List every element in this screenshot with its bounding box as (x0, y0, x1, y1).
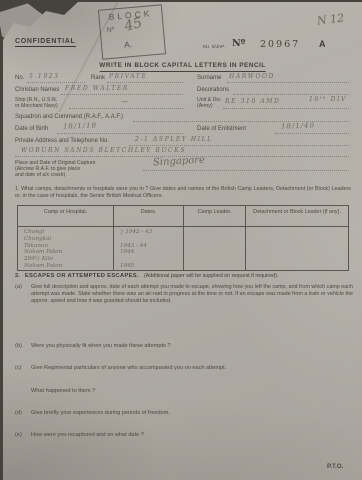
address-value-line1: 2-1 ASPLEY HILL (135, 136, 213, 143)
question-2b-text: Were you physically fit when you made th… (31, 343, 171, 349)
no-value: 5 1923 (29, 73, 60, 80)
question-2a-text: Give full description and approx. date o… (31, 284, 353, 305)
table-header-dates: Dates. (114, 206, 184, 227)
question-2e: (e) How were you recaptured and on what … (15, 432, 144, 438)
section-2-title: ESCAPES OR ATTEMPTED ESCAPES. (25, 273, 139, 279)
document-page: CONFIDENTIAL BLOCK Nº A. 45 M.I. 9/JAP. … (3, 2, 362, 480)
question-2e-text: How were you recaptured and on what date… (31, 432, 144, 438)
surname-value: HARWOOD (229, 73, 275, 80)
table-row-camp: Nakom Paton (24, 263, 113, 270)
ref-number: 20967 (260, 39, 300, 50)
rank-label: Rank (91, 75, 105, 81)
pto-label: P.T.O. (327, 463, 343, 470)
ship-label-line2: or Merchant Navy) (15, 103, 58, 110)
camps-table: Camp or Hospital. Dates. Camp Leader. De… (17, 205, 349, 271)
question-2d-label: (d) (15, 410, 31, 416)
capture-label-line3: and date of a/c crash). (15, 172, 67, 179)
table-column-block-leader (246, 227, 348, 270)
capture-value: Singapore (153, 155, 205, 169)
ref-suffix-letter: A (319, 39, 326, 49)
instruction-heading: WRITE IN BLOCK CAPITAL LETTERS IN PENCIL (99, 62, 265, 72)
section-2-note: (Additional paper will be supplied on re… (144, 273, 279, 279)
table-row-dates: 1943 - 44 (120, 243, 183, 250)
ref-no-symbol: Nº (232, 38, 245, 49)
table-row-camp: Chungkai (24, 236, 113, 243)
table-row-camp: 299½ Kilo (24, 256, 113, 263)
stamp-block-letter: A. (124, 39, 133, 50)
decorations-label: Decorations (197, 87, 229, 93)
table-row-dates: 1945 (120, 263, 183, 270)
section-2-number: 2. (15, 273, 20, 279)
mi9-ref-prefix: M.I. 9/JAP. (203, 44, 225, 49)
table-row-dates (120, 256, 183, 263)
ship-value: — (121, 97, 128, 105)
table-column-dates: } 1942 - 43 1943 - 44 1944 1945 (114, 227, 184, 270)
date-of-enlistment-label: Date of Enlistment (197, 126, 246, 132)
question-2d: (d) Give briefly your experiences during… (15, 410, 170, 416)
question-2b: (b) Were you physically fit when you mad… (15, 343, 171, 349)
table-header-block-leader: Detachment or Block Leader (if any). (246, 206, 348, 227)
table-column-camps: Changi Chungkai Takanun Nakom Paton 299½… (18, 227, 114, 270)
date-of-birth-value: 18/1/18 (63, 121, 97, 130)
question-2e-label: (e) (15, 432, 31, 438)
table-row-dates: 1944 (120, 249, 183, 256)
date-of-enlistment-value: 18/1/40 (281, 121, 315, 130)
table-column-leader (184, 227, 246, 270)
table-row-dates: } 1942 - 43 (120, 229, 183, 236)
squadron-label: Squadron and Command (R.A.F., A.A.F.) (15, 114, 123, 120)
question-1: 1. What camps, detachments or hospitals … (15, 186, 351, 200)
unit-value: RE 310 AMD (225, 98, 280, 105)
christian-names-value: FRED WALTER (65, 85, 129, 92)
address-label: Private Address and Telephone No. (15, 138, 109, 144)
confidential-label: CONFIDENTIAL (15, 38, 76, 47)
table-header-camp: Camp or Hospital. (18, 206, 114, 227)
question-2c: (c) Give Regimental particulars of anyon… (15, 365, 226, 371)
question-2b-label: (b) (15, 343, 31, 349)
table-row-camp: Takanun (24, 243, 113, 250)
scanned-document: CONFIDENTIAL BLOCK Nº A. 45 M.I. 9/JAP. … (0, 0, 362, 480)
unit-division-value: 18ᵗʰ DIV (309, 96, 347, 103)
table-header-leader: Camp Leader. (184, 206, 246, 227)
question-2c-followup: What happened to them ? (31, 388, 95, 394)
unit-label-line2: (Army) (197, 103, 213, 110)
rank-value: PRIVATE (109, 73, 147, 80)
section-2-heading: 2. ESCAPES OR ATTEMPTED ESCAPES. (Additi… (15, 273, 278, 279)
christian-names-label: Christian Names (15, 87, 59, 93)
address-value-line2: WOBURN SANDS BLETCHLEY BUCKS (21, 147, 186, 154)
stamp-no-label: Nº (106, 27, 114, 35)
question-2a-label: (a) (15, 284, 31, 305)
pencil-annotation: N 12 (316, 11, 345, 27)
question-2a: (a) Give full description and approx. da… (15, 284, 353, 305)
question-2c-label: (c) (15, 365, 31, 371)
block-stamp: BLOCK Nº A. 45 (98, 4, 166, 59)
table-row-dates (120, 236, 183, 243)
date-of-birth-label: Date of Birth (15, 126, 48, 132)
table-row-camp: Changi (24, 229, 113, 236)
surname-label: Surname (197, 75, 221, 81)
stamp-number-handwritten: 45 (123, 15, 144, 35)
question-2d-text: Give briefly your experiences during per… (31, 410, 170, 416)
question-2c-text: Give Regimental particulars of anyone wh… (31, 365, 226, 371)
no-label: No. (15, 75, 24, 81)
